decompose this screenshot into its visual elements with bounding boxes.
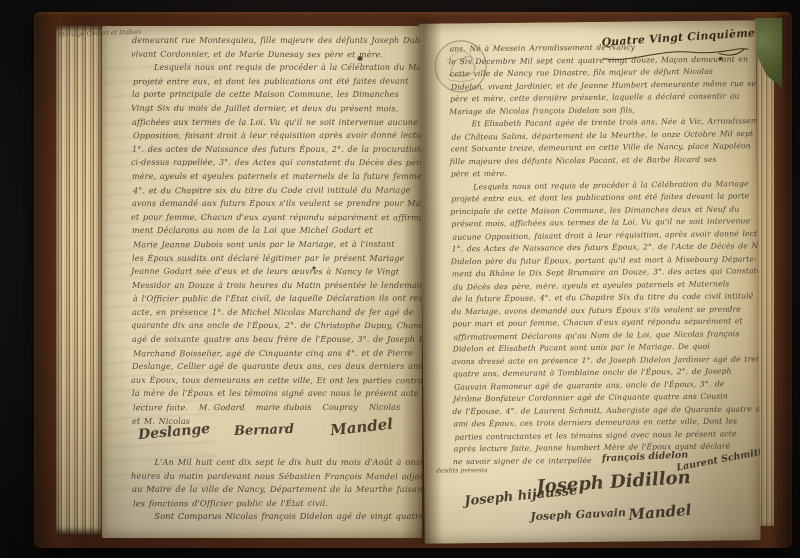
text-line: avons dressé acte en présence 1°. de Jos… — [452, 353, 752, 368]
text-line: à l'Officier public de l'État civil, de … — [133, 292, 421, 306]
text-line: demeurant rue Montesquieu, fille majeure… — [132, 34, 420, 48]
text-line: vivant Cordonnier, et de Marie Dunesay s… — [131, 47, 419, 61]
text-line: heures du matin pardevant nous Sébastien… — [131, 469, 419, 483]
signature: Bernard — [234, 422, 294, 439]
right-page: Quatre Vingt Cinquième ans, Né à Messein… — [419, 20, 760, 543]
left-page-second-act-block: L'An Mil huit cent dix sept le dix huit … — [132, 456, 420, 524]
text-line: aux Époux, tous demeurans en cette ville… — [131, 374, 419, 388]
text-line: projeté entre eux, et dont les publicati… — [133, 74, 421, 88]
text-line: Marchand Boisselier, agé de Cinquante ci… — [133, 346, 421, 360]
text-line: Jeanne Godart née d'eux et de leurs œuvr… — [131, 265, 419, 279]
text-line: Mariage de Nicolas françois Didelon son … — [449, 103, 749, 118]
text-line: principale de cette Maison Commune, les … — [450, 203, 750, 218]
text-line: de l'Épouse, 4°. de Laurent Schmitt, Aub… — [452, 403, 752, 418]
text-line: la porte principale de cette Maison Comm… — [132, 88, 420, 102]
text-line: ment Déclarons au nom de la Loi que Mich… — [132, 224, 420, 238]
register-photo: demeurant rue Montesquieu, fille majeure… — [0, 0, 800, 558]
left-page-text-block: demeurant rue Montesquieu, fille majeure… — [132, 34, 420, 428]
text-line: 1°. des actes de Naissance des futurs Ép… — [132, 143, 420, 157]
text-line: fille majeure des défunts Nicolas Pacant… — [450, 153, 750, 168]
text-line: agé de soixante quatre ans beau frère de… — [132, 333, 420, 347]
text-line: mère, ayeuls et ayeules paternels et mat… — [132, 170, 420, 184]
text-line: Didelon père du futur Époux, portant qu'… — [451, 253, 751, 268]
text-line: Vingt Six du mois de Juillet dernier, et… — [131, 102, 419, 116]
text-line: ci-dessus rappellée, 3°. des Actes qui c… — [131, 156, 419, 170]
text-line: au Maire de la ville de Nancy, Départeme… — [132, 483, 420, 497]
text-line: les Époux susdits ont déclaré légitimer … — [132, 252, 420, 266]
clerk-note: desdits présents — [436, 467, 488, 475]
signature: Mandel — [628, 501, 692, 524]
text-line: quarante dix ans oncle de l'Époux, 2°. d… — [131, 319, 419, 333]
text-line: Marie Jeanne Dubois sont unis par le Mar… — [133, 238, 421, 252]
left-page: demeurant rue Montesquieu, fille majeure… — [102, 26, 422, 538]
text-line: Sont Comparus Nicolas françois Didelon a… — [132, 510, 420, 524]
text-line: Messidor an Douze à trois heures du Mati… — [132, 279, 420, 293]
text-line: et pour femme, Chacun d'eux ayant répond… — [131, 210, 419, 224]
text-line: Opposition, faisant droit à leur réquisi… — [133, 129, 421, 143]
text-line: Lesquels nous ont requis de procéder à l… — [132, 61, 420, 75]
text-line: acte, en présence 1°. de Michel Nicolas … — [132, 306, 420, 320]
page-stack-left-edge — [56, 26, 104, 534]
text-line: la mère de l'Époux et les témoins signé … — [132, 387, 420, 401]
text-line: Deslange, Cellier agé de quarante deux a… — [132, 360, 420, 374]
text-line: affichées aux termes de la Loi. Vu qu'il… — [132, 116, 420, 130]
text-line: lecture faite. M. Godard marie dubois Co… — [133, 401, 421, 415]
text-line: L'An Mil huit cent dix sept le dix huit … — [132, 456, 420, 470]
right-page-text-block: ans, Né à Messein Arrondissement de Nanc… — [449, 40, 753, 468]
signature: Joseph Gauvain — [530, 506, 626, 523]
text-line: les fonctions d'Officier public de l'Éta… — [133, 496, 421, 510]
text-line: 4°. et du Chapitre six du titre du Code … — [133, 183, 421, 197]
text-line: le Six Décembre Mil sept cent quatre vin… — [449, 53, 749, 68]
text-line: avons demandé aux futurs Époux s'ils veu… — [132, 197, 420, 211]
text-line: du Mariage, avons demandé aux futurs Épo… — [451, 303, 751, 318]
signature: Joseph Didillon — [536, 467, 692, 498]
